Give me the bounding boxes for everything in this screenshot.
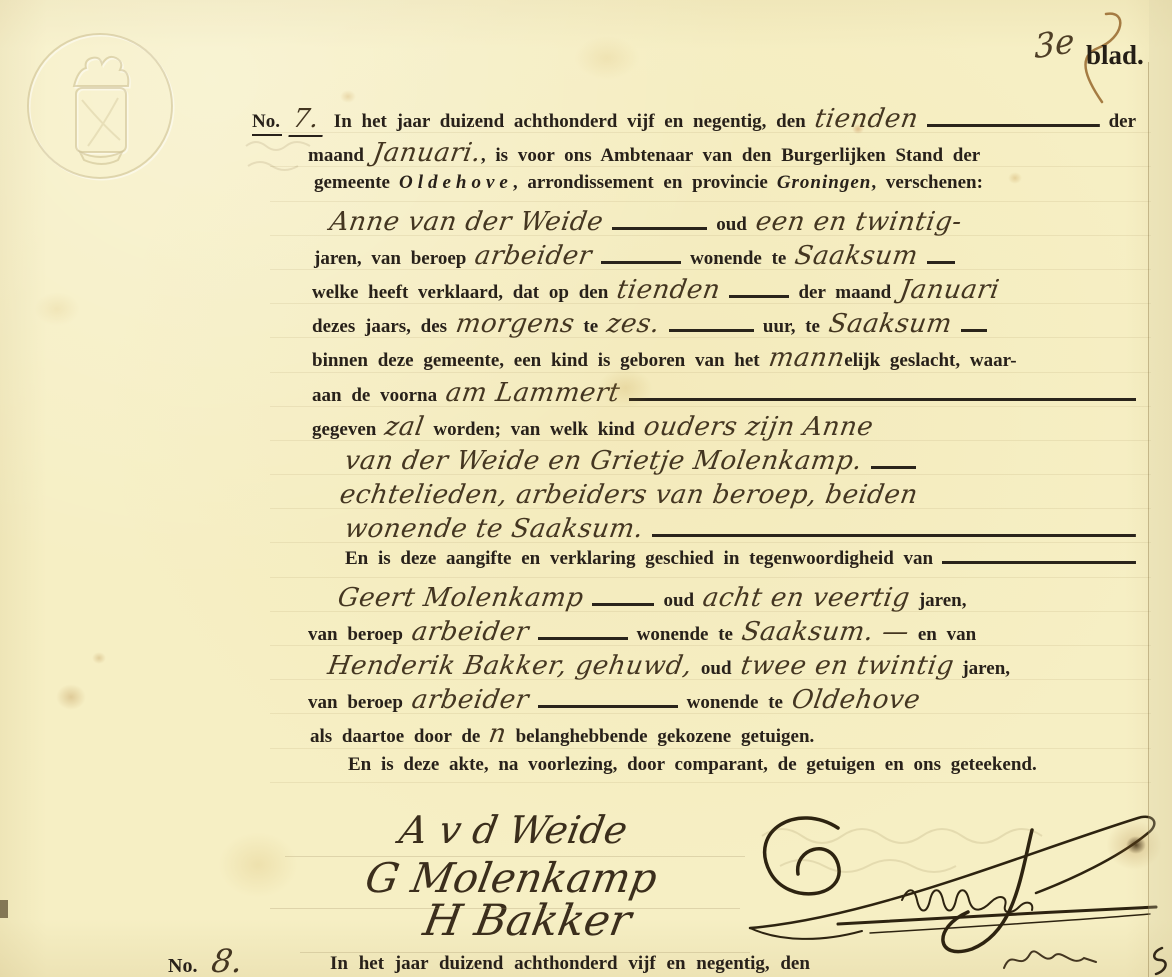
handwritten-text: am Lammert	[444, 378, 623, 408]
handwritten-text: arbeider	[410, 685, 531, 715]
fill-rule	[729, 294, 789, 298]
fill-rule	[871, 465, 916, 469]
document-line: van beroeparbeiderwonende teSaaksum. —en…	[300, 617, 1145, 651]
document-line: aan de voornaam Lammert	[300, 378, 1145, 412]
handwritten-text: Saaksum	[827, 309, 955, 339]
handwritten-text: Januari.	[371, 138, 484, 168]
signature-witness-2: G Molenkamp	[362, 854, 661, 902]
document-line: Geert Molenkampoudacht en veertigjaren,	[300, 583, 1145, 617]
signature-witness-1: A v d Weide	[396, 808, 631, 852]
handwritten-text: Henderik Bakker, gehuwd,	[326, 651, 695, 681]
document-line: Anne van der Weideoudeen en twintig-	[300, 207, 1145, 241]
printed-text: , arrondissement en provincie	[513, 172, 768, 194]
fill-rule	[538, 704, 678, 708]
printed-text: uur, te	[763, 316, 820, 338]
printed-text: elijk geslacht, waar-	[844, 350, 1016, 372]
fill-rule	[942, 560, 1136, 564]
document-line: echtelieden, arbeiders van beroep, beide…	[300, 480, 1145, 514]
fill-rule	[629, 397, 1136, 401]
printed-text: En is deze aangifte en verklaring geschi…	[345, 548, 933, 570]
printed-text: en van	[918, 624, 976, 646]
printed-text: der	[1109, 111, 1136, 133]
document-line: No.7.In het jaar duizend achthonderd vij…	[300, 104, 1145, 138]
fill-rule	[669, 328, 754, 332]
printed-text: als daartoe door de	[310, 726, 480, 748]
printed-text: jaren, van beroep	[314, 248, 466, 270]
stain	[56, 684, 86, 710]
printed-text: wonende te	[637, 624, 733, 646]
printed-text: maand	[308, 145, 364, 167]
handwritten-text: een en twintig-	[753, 207, 963, 237]
handwritten-text: arbeider	[410, 617, 531, 647]
page-number-handwritten: 3e	[1034, 21, 1075, 67]
embossed-seal-icon	[18, 24, 183, 194]
stain	[340, 90, 356, 103]
document-line: als daartoe door denbelanghebbende gekoz…	[300, 719, 1145, 753]
handwritten-text: ouders zijn Anne	[641, 412, 875, 442]
edge-mark	[0, 900, 8, 918]
document-line: gemeenteOldehove, arrondissement en prov…	[300, 172, 1145, 206]
document-line: van beroeparbeiderwonende teOldehove	[300, 685, 1145, 719]
fill-rule	[538, 636, 628, 640]
fill-rule	[927, 260, 955, 264]
printed-text: belanghebbende gekozene getuigen.	[516, 726, 815, 748]
printed-text: gemeente	[314, 172, 390, 194]
handwritten-text: wonende te Saaksum.	[343, 514, 646, 544]
page-fold-line	[1148, 62, 1149, 977]
printed-text: In het jaar duizend achthonderd vijf en …	[334, 111, 806, 133]
official-signature-flourish	[720, 800, 1172, 970]
handwritten-text: tienden	[812, 104, 920, 134]
record-number-handwritten: 7.	[288, 104, 327, 137]
printed-text: der maand	[798, 282, 891, 304]
document-line: Henderik Bakker, gehuwd,oudtwee en twint…	[300, 651, 1145, 685]
guide-line	[270, 908, 740, 909]
handwritten-text: tienden	[615, 275, 723, 305]
fill-rule	[927, 123, 1100, 127]
printed-text: dezes jaars, des	[312, 316, 447, 338]
page-edge-strip	[1149, 0, 1172, 977]
document-line: van der Weide en Grietje Molenkamp.	[300, 446, 1145, 480]
stain	[574, 36, 640, 80]
document-line: dezes jaars, desmorgenstezes.uur, teSaak…	[300, 309, 1145, 343]
handwritten-text: zes.	[605, 309, 662, 339]
handwritten-text: morgens	[454, 309, 577, 339]
fill-rule	[612, 226, 707, 230]
handwritten-text: Januari	[898, 275, 1002, 305]
handwritten-text: Saaksum	[793, 241, 921, 271]
document-line: binnen deze gemeente, een kind is gebore…	[300, 343, 1145, 377]
printed-text: worden; van welk kind	[433, 419, 634, 441]
page-number-label: blad.	[1086, 40, 1144, 71]
stain	[218, 832, 298, 898]
record-number-label: No.	[252, 111, 282, 136]
next-record-handwriting-fragment	[1000, 946, 1100, 974]
corner-ink-mark	[1148, 946, 1170, 976]
fill-rule	[592, 602, 654, 606]
handwritten-text: echtelieden, arbeiders van beroep, beide…	[338, 480, 920, 510]
stain	[92, 652, 106, 664]
handwritten-text: twee en twintig	[738, 651, 956, 681]
handwritten-text: arbeider	[473, 241, 594, 271]
fill-rule	[601, 260, 681, 264]
next-record-no-label: No.	[168, 955, 197, 977]
handwritten-text: Oldehove	[790, 685, 923, 715]
document-line: gegevenzalworden; van welk kindouders zi…	[300, 412, 1145, 446]
printed-text: van beroep	[308, 624, 403, 646]
fill-rule	[961, 328, 987, 332]
handwritten-text: acht en veertig	[701, 583, 912, 613]
printed-bold-italic-text: Groningen	[777, 172, 872, 194]
printed-text: wonende te	[687, 692, 783, 714]
document-sheet: 3e blad. No.7.In het jaar duizend achtho…	[0, 0, 1172, 977]
document-line: En is deze aangifte en verklaring geschi…	[300, 548, 1145, 582]
handwritten-text: zal	[383, 412, 427, 442]
printed-text: oud	[701, 658, 732, 680]
printed-text: jaren,	[919, 590, 967, 612]
printed-text: welke heeft verklaard, dat op den	[312, 282, 608, 304]
handwritten-text: mann	[766, 343, 846, 373]
printed-text: aan de voorna	[312, 385, 437, 407]
printed-text: jaren,	[962, 658, 1010, 680]
printed-text: binnen deze gemeente, een kind is gebore…	[312, 350, 760, 372]
record-lines: No.7.In het jaar duizend achthonderd vij…	[300, 104, 1145, 788]
document-line: maandJanuari., is voor ons Ambtenaar van…	[300, 138, 1145, 172]
printed-text: , is voor ons Ambtenaar van den Burgerli…	[481, 145, 980, 167]
handwritten-text: n	[487, 719, 509, 749]
printed-text: te	[583, 316, 598, 338]
handwritten-text: van der Weide en Grietje Molenkamp.	[343, 446, 865, 476]
fill-rule	[652, 533, 1136, 537]
printed-text: En is deze akte, na voorlezing, door com…	[348, 754, 1037, 776]
next-record-number-handwritten: 8.	[209, 942, 246, 977]
printed-text: oud	[663, 590, 694, 612]
printed-text: wonende te	[690, 248, 786, 270]
next-record-opening-text: In het jaar duizend achthonderd vijf en …	[330, 953, 810, 975]
document-line: jaren, van beroeparbeiderwonende teSaaks…	[300, 241, 1145, 275]
document-line: wonende te Saaksum.	[300, 514, 1145, 548]
printed-text: gegeven	[312, 419, 376, 441]
guide-line	[285, 856, 745, 857]
printed-text: van beroep	[308, 692, 403, 714]
stain	[34, 292, 80, 326]
printed-text: , verschenen:	[871, 172, 983, 194]
signature-witness-3: H Bakker	[420, 896, 635, 946]
printed-text: oud	[716, 214, 747, 236]
document-line: En is deze akte, na voorlezing, door com…	[300, 754, 1145, 788]
handwritten-text: Geert Molenkamp	[336, 583, 586, 613]
handwritten-text: Anne van der Weide	[328, 207, 606, 237]
handwritten-text: Saaksum. —	[740, 617, 912, 647]
printed-spaced-text: Oldehove	[399, 172, 513, 194]
document-line: welke heeft verklaard, dat op dentienden…	[300, 275, 1145, 309]
